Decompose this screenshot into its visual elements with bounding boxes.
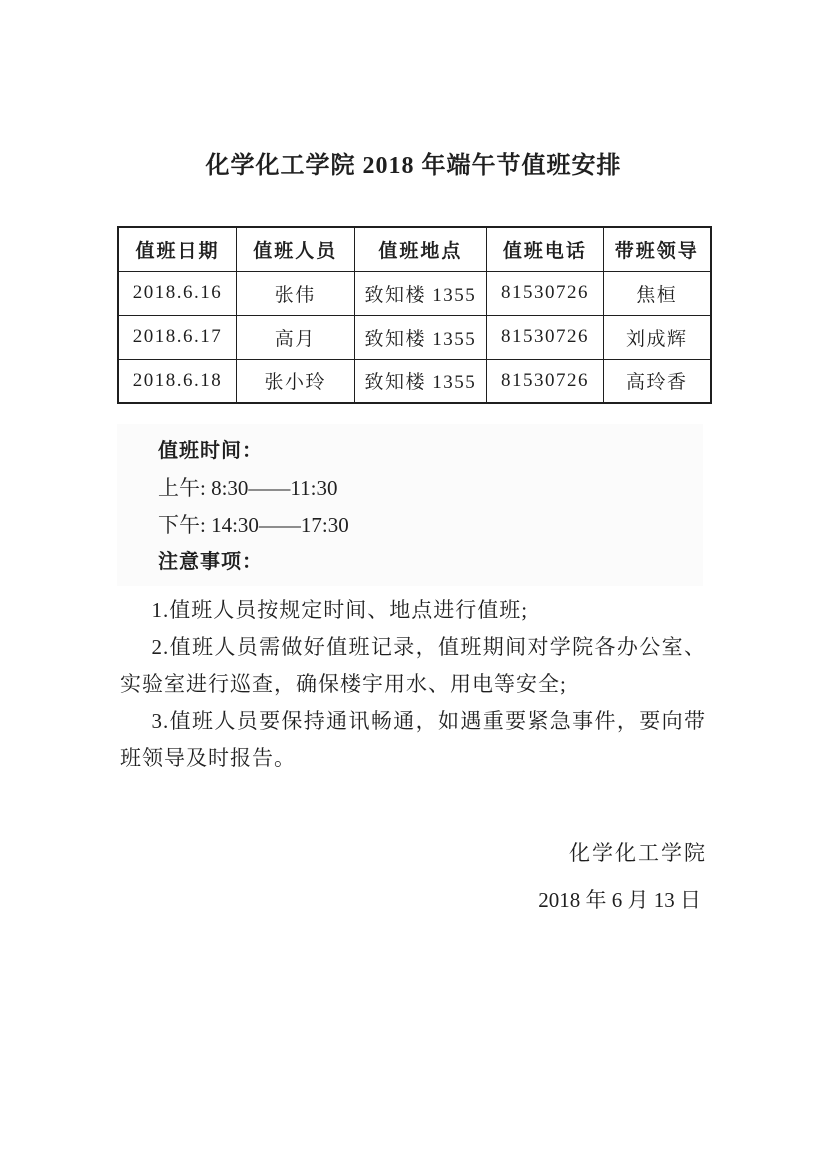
cell-date: 2018.6.17 (118, 315, 237, 359)
cell-leader: 刘成辉 (603, 315, 711, 359)
header-duty-phone: 值班电话 (487, 227, 603, 271)
signature-org: 化学化工学院 (0, 837, 827, 867)
table-row: 2018.6.17 高月 致知楼 1355 81530726 刘成辉 (118, 315, 711, 359)
cell-place: 致知楼 1355 (354, 359, 487, 403)
cell-phone: 81530726 (487, 271, 603, 315)
note-item-1: 1.值班人员按规定时间、地点进行值班; (120, 592, 706, 629)
cell-leader: 高玲香 (603, 359, 711, 403)
cell-leader: 焦桓 (603, 271, 711, 315)
cell-person: 高月 (237, 315, 354, 359)
cell-date: 2018.6.16 (118, 271, 237, 315)
notes-section: 1.值班人员按规定时间、地点进行值班; 2.值班人员需做好值班记录，值班期间对学… (120, 592, 706, 777)
duty-time-afternoon: 下午: 14:30——17:30 (158, 507, 703, 544)
document-page: 化学化工学院 2018 年端午节值班安排 值班日期 值班人员 值班地点 值班电话… (0, 0, 827, 1169)
signature-block: 化学化工学院 2018 年 6 月 13 日 (0, 837, 827, 914)
table-row: 2018.6.16 张伟 致知楼 1355 81530726 焦桓 (118, 271, 711, 315)
note-item-2: 2.值班人员需做好值班记录，值班期间对学院各办公室、实验室进行巡查，确保楼宇用水… (120, 629, 706, 703)
cell-phone: 81530726 (487, 359, 603, 403)
duty-time-morning: 上午: 8:30——11:30 (158, 470, 703, 507)
cell-place: 致知楼 1355 (354, 315, 487, 359)
cell-phone: 81530726 (487, 315, 603, 359)
table-row: 2018.6.18 张小玲 致知楼 1355 81530726 高玲香 (118, 359, 711, 403)
note-item-3: 3.值班人员要保持通讯畅通，如遇重要紧急事件，要向带班领导及时报告。 (120, 703, 706, 777)
header-duty-date: 值班日期 (118, 227, 237, 271)
notes-label: 注意事项： (158, 544, 703, 581)
header-duty-place: 值班地点 (354, 227, 487, 271)
table-header-row: 值班日期 值班人员 值班地点 值班电话 带班领导 (118, 227, 711, 271)
cell-place: 致知楼 1355 (354, 271, 487, 315)
duty-time-label: 值班时间： (158, 433, 703, 470)
cell-date: 2018.6.18 (118, 359, 237, 403)
page-title: 化学化工学院 2018 年端午节值班安排 (0, 0, 827, 180)
header-duty-leader: 带班领导 (603, 227, 711, 271)
cell-person: 张小玲 (237, 359, 354, 403)
cell-person: 张伟 (237, 271, 354, 315)
header-duty-person: 值班人员 (237, 227, 354, 271)
signature-date: 2018 年 6 月 13 日 (0, 884, 827, 914)
duty-time-section: 值班时间： 上午: 8:30——11:30 下午: 14:30——17:30 注… (117, 424, 703, 586)
duty-table: 值班日期 值班人员 值班地点 值班电话 带班领导 2018.6.16 张伟 致知… (117, 226, 712, 404)
